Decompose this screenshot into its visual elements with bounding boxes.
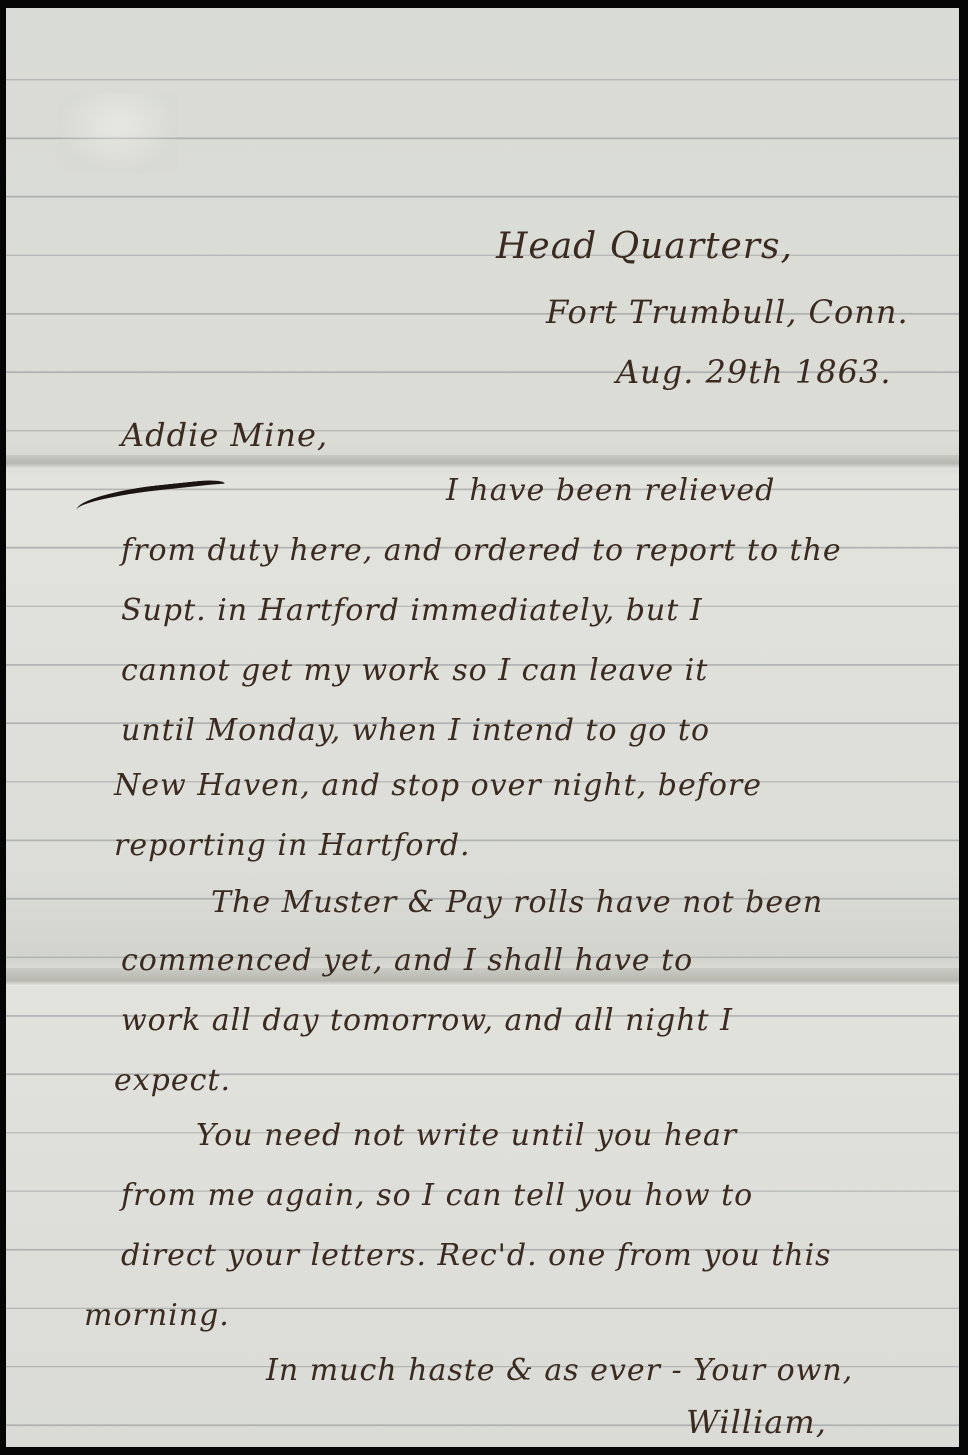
heading-date: Aug. 29th 1863. — [616, 353, 892, 391]
body-line: The Muster & Pay rolls have not been — [211, 885, 823, 920]
body-line: morning. — [84, 1298, 230, 1333]
fold-crease-upper — [6, 455, 959, 469]
closing-line: In much haste & as ever - Your own, — [266, 1353, 853, 1388]
body-line: reporting in Hartford. — [114, 828, 471, 863]
heading-place: Head Quarters, — [496, 226, 793, 267]
body-line: direct your letters. Rec'd. one from you… — [121, 1238, 832, 1273]
body-line: until Monday, when I intend to go to — [121, 713, 710, 748]
signature: William, — [686, 1403, 827, 1441]
letter-page: Head Quarters, Fort Trumbull, Conn. Aug.… — [6, 8, 959, 1447]
body-line: from me again, so I can tell you how to — [121, 1178, 753, 1213]
body-line: cannot get my work so I can leave it — [121, 653, 708, 688]
body-line: from duty here, and ordered to report to… — [121, 533, 842, 568]
body-line: expect. — [114, 1063, 231, 1098]
body-line: commenced yet, and I shall have to — [121, 943, 693, 978]
salutation: Addie Mine, — [121, 416, 328, 454]
embossed-stamp — [58, 93, 178, 173]
heading-location: Fort Trumbull, Conn. — [546, 293, 909, 331]
body-line: I have been relieved — [446, 473, 775, 508]
body-line: work all day tomorrow, and all night I — [121, 1003, 733, 1038]
body-line: You need not write until you hear — [196, 1118, 737, 1153]
body-line: Supt. in Hartford immediately, but I — [121, 593, 703, 628]
body-line: New Haven, and stop over night, before — [114, 768, 762, 803]
